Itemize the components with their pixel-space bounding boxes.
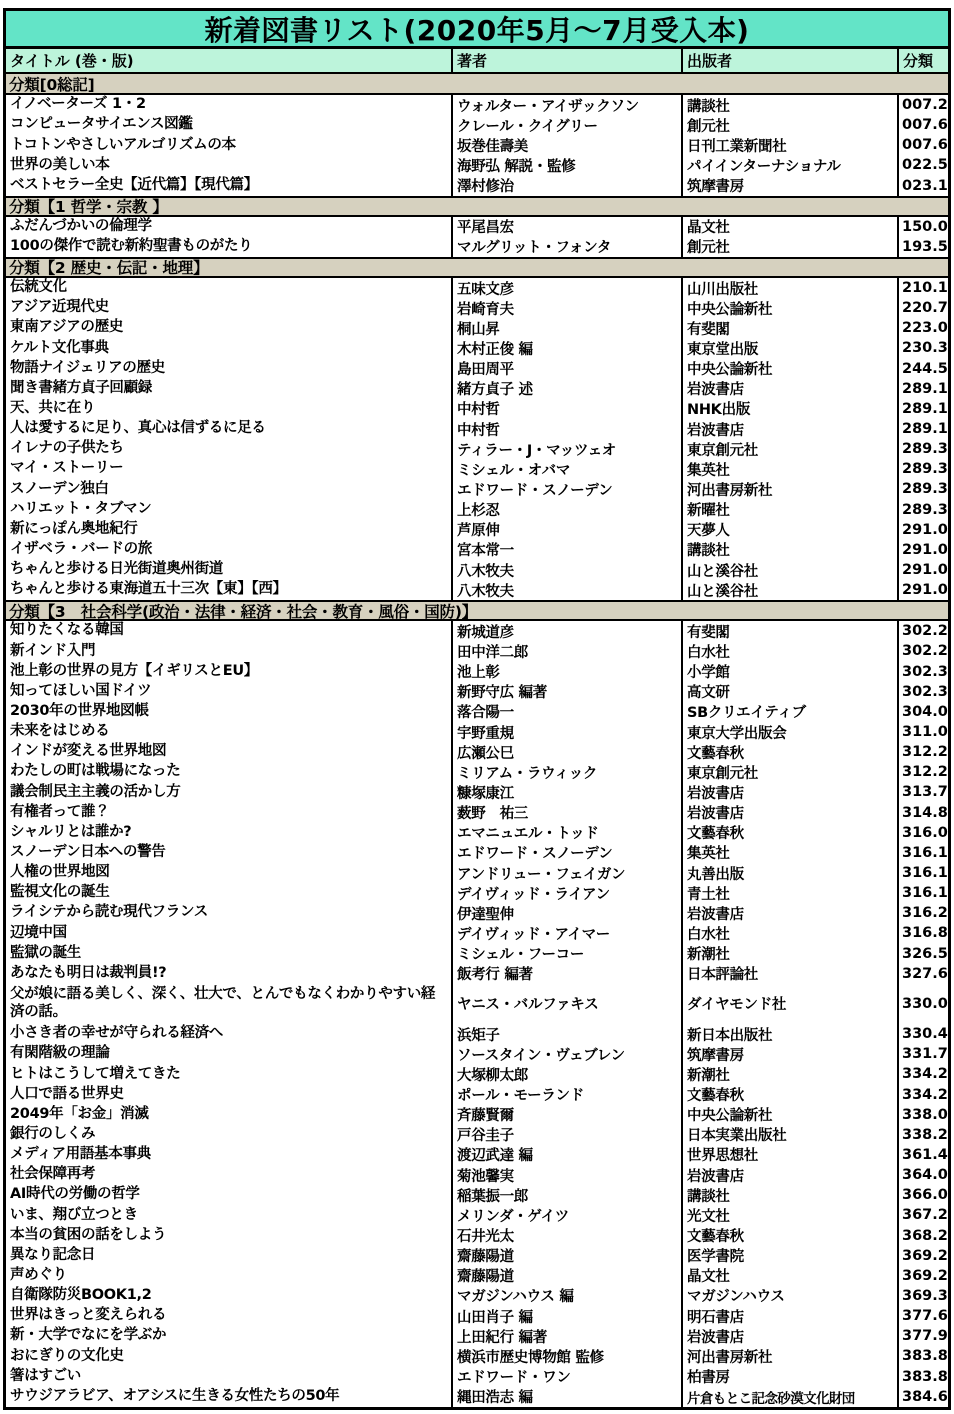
cell-title: イノベーターズ 1・2 (6, 95, 451, 115)
cell-title: 声めぐり (6, 1266, 451, 1286)
cell-author: 中村哲 (451, 419, 681, 439)
cell-title: 2049年「お金」消滅 (6, 1105, 451, 1125)
cell-author: 齋藤陽道 (451, 1266, 681, 1286)
cell-title: 物語ナイジェリアの歴史 (6, 359, 451, 379)
cell-publisher: 中央公論新社 (681, 359, 897, 379)
book-row: イザベラ・バードの旅宮本常一講談社291.0 (6, 540, 948, 560)
book-row: 監視文化の誕生デイヴィッド・ライアン青土社316.1 (6, 883, 948, 903)
cell-title: アジア近現代史 (6, 298, 451, 318)
book-row: 異なり記念日齋藤陽道医学書院369.2 (6, 1246, 948, 1266)
column-header-author: 著者 (451, 49, 681, 72)
cell-publisher: 岩波書店 (681, 903, 897, 923)
cell-publisher: 山と溪谷社 (681, 580, 897, 600)
cell-ndc: 302.2 (897, 621, 948, 641)
cell-publisher: 集英社 (681, 843, 897, 863)
cell-ndc: 007.6 (897, 135, 948, 155)
cell-ndc: 007.6 (897, 115, 948, 135)
cell-title: 新インド入門 (6, 641, 451, 661)
cell-ndc: 377.6 (897, 1306, 948, 1326)
cell-ndc: 007.2 (897, 95, 948, 115)
cell-ndc: 314.8 (897, 803, 948, 823)
book-row: 世界はきっと変えられる山田肖子 編明石書店377.6 (6, 1306, 948, 1326)
cell-ndc: 338.2 (897, 1125, 948, 1145)
cell-publisher: 青土社 (681, 883, 897, 903)
cell-title: 有権者って誰？ (6, 803, 451, 823)
cell-ndc: 334.2 (897, 1084, 948, 1104)
cell-publisher: 高文研 (681, 682, 897, 702)
book-row: 声めぐり齋藤陽道晶文社369.2 (6, 1266, 948, 1286)
cell-ndc: 291.0 (897, 560, 948, 580)
cell-publisher: 天夢人 (681, 520, 897, 540)
table-body: 分類[0総記]イノベーターズ 1・2ウォルター・アイザックソン講談社007.2コ… (6, 74, 948, 1407)
column-header-row: タイトル (巻・版) 著者 出版者 分類 (6, 49, 948, 74)
page-title: 新着図書リスト(2020年5月～7月受入本) (6, 11, 948, 49)
cell-title: ケルト文化事典 (6, 338, 451, 358)
cell-author: エマニュエル・トッド (451, 823, 681, 843)
cell-ndc: 022.5 (897, 155, 948, 175)
cell-author: ミシェル・フーコー (451, 943, 681, 963)
cell-ndc: 331.7 (897, 1044, 948, 1064)
cell-author: 縄田浩志 編 (451, 1387, 681, 1407)
cell-publisher: 中央公論新社 (681, 298, 897, 318)
cell-publisher: 筑摩書房 (681, 176, 897, 196)
cell-title: スノーデン日本への警告 (6, 843, 451, 863)
book-row: ちゃんと歩ける東海道五十三次【東】【西】八木牧夫山と溪谷社291.0 (6, 580, 948, 600)
book-row: メディア用語基本事典渡辺武達 編世界思想社361.4 (6, 1145, 948, 1165)
cell-ndc: 220.7 (897, 298, 948, 318)
cell-ndc: 316.2 (897, 903, 948, 923)
cell-author: 斉藤賢爾 (451, 1105, 681, 1125)
book-row: 聞き書緒方貞子回顧録緒方貞子 述岩波書店289.1 (6, 379, 948, 399)
cell-ndc: 316.8 (897, 923, 948, 943)
cell-publisher: 有斐閣 (681, 318, 897, 338)
book-row: 銀行のしくみ戸谷圭子日本実業出版社338.2 (6, 1125, 948, 1145)
cell-title: 天、共に在り (6, 399, 451, 419)
section-header: 分類【1 哲学・宗教 】 (6, 196, 948, 217)
book-row: 2030年の世界地図帳落合陽一SBクリエイティブ304.0 (6, 702, 948, 722)
cell-author: 新野守広 編著 (451, 682, 681, 702)
cell-title: 本当の貧困の話をしよう (6, 1225, 451, 1245)
cell-author: 山田肖子 編 (451, 1306, 681, 1326)
cell-author: 広瀬公巳 (451, 742, 681, 762)
cell-ndc: 327.6 (897, 964, 948, 984)
cell-publisher: 東京創元社 (681, 439, 897, 459)
cell-title: 異なり記念日 (6, 1246, 451, 1266)
cell-title: いま、翔び立つとき (6, 1205, 451, 1225)
cell-author: 新城道彦 (451, 621, 681, 641)
cell-author: デイヴィッド・アイマー (451, 923, 681, 943)
cell-ndc: 023.1 (897, 176, 948, 196)
book-row: サウジアラビア、オアシスに生きる女性たちの50年縄田浩志 編片倉もとこ記念砂漠文… (6, 1387, 948, 1407)
section-header: 分類【3 社会科学(政治・法律・経済・社会・教育・風俗・国防)】 (6, 600, 948, 621)
cell-title: 人口で語る世界史 (6, 1084, 451, 1104)
cell-ndc: 316.1 (897, 883, 948, 903)
book-row: 物語ナイジェリアの歴史島田周平中央公論新社244.5 (6, 359, 948, 379)
cell-publisher: マガジンハウス (681, 1286, 897, 1306)
cell-author: エドワード・スノーデン (451, 843, 681, 863)
book-row: 辺境中国デイヴィッド・アイマー白水社316.8 (6, 923, 948, 943)
book-row: ふだんづかいの倫理学平尾昌宏晶文社150.0 (6, 217, 948, 237)
cell-publisher: 講談社 (681, 540, 897, 560)
book-row: コンピュータサイエンス図鑑クレール・クイグリー創元社007.6 (6, 115, 948, 135)
cell-author: 宇野重規 (451, 722, 681, 742)
cell-title: ふだんづかいの倫理学 (6, 217, 451, 237)
cell-title: ヒトはこうして増えてきた (6, 1064, 451, 1084)
cell-ndc: 244.5 (897, 359, 948, 379)
cell-ndc: 311.0 (897, 722, 948, 742)
cell-author: 横浜市歴史博物館 監修 (451, 1346, 681, 1366)
section-header: 分類【2 歴史・伝記・地理】 (6, 257, 948, 278)
cell-title: 有閑階級の理論 (6, 1044, 451, 1064)
cell-author: 岩崎育夫 (451, 298, 681, 318)
cell-publisher: 山と溪谷社 (681, 560, 897, 580)
cell-publisher: 光文社 (681, 1205, 897, 1225)
cell-publisher: 日刊工業新聞社 (681, 135, 897, 155)
cell-title: AI時代の労働の哲学 (6, 1185, 451, 1205)
book-row: あなたも明日は裁判員!?飯考行 編著日本評論社327.6 (6, 964, 948, 984)
cell-title: 銀行のしくみ (6, 1125, 451, 1145)
cell-author: 石井光太 (451, 1225, 681, 1245)
book-row: 箸はすごいエドワード・ワン柏書房383.8 (6, 1366, 948, 1386)
cell-ndc: 302.3 (897, 662, 948, 682)
cell-ndc: 304.0 (897, 702, 948, 722)
cell-author: ミシェル・オバマ (451, 459, 681, 479)
cell-ndc: 302.2 (897, 641, 948, 661)
book-row: 伝統文化五味文彦山川出版社210.1 (6, 278, 948, 298)
cell-author: デイヴィッド・ライアン (451, 883, 681, 903)
cell-title: ベストセラー全史【近代篇】【現代篇】 (6, 176, 451, 196)
cell-ndc: 313.7 (897, 782, 948, 802)
cell-title: コンピュータサイエンス図鑑 (6, 115, 451, 135)
cell-publisher: 河出書房新社 (681, 479, 897, 499)
cell-publisher: 文藝春秋 (681, 1084, 897, 1104)
cell-author: 宮本常一 (451, 540, 681, 560)
book-row: 人権の世界地図アンドリュー・フェイガン丸善出版316.1 (6, 863, 948, 883)
cell-ndc: 230.3 (897, 338, 948, 358)
cell-ndc: 210.1 (897, 278, 948, 298)
cell-title: スノーデン独白 (6, 479, 451, 499)
book-row: 議会制民主主義の活かし方糠塚康江岩波書店313.7 (6, 782, 948, 802)
book-row: 天、共に在り中村哲NHK出版289.1 (6, 399, 948, 419)
cell-author: 菊池馨実 (451, 1165, 681, 1185)
cell-ndc: 289.3 (897, 500, 948, 520)
cell-author: 平尾昌宏 (451, 217, 681, 237)
cell-ndc: 193.5 (897, 237, 948, 257)
book-row: 100の傑作で読む新約聖書ものがたりマルグリット・フォンタ創元社193.5 (6, 237, 948, 257)
cell-title: 伝統文化 (6, 278, 451, 298)
cell-publisher: 岩波書店 (681, 1165, 897, 1185)
cell-title: 人権の世界地図 (6, 863, 451, 883)
cell-author: 中村哲 (451, 399, 681, 419)
cell-author: エドワード・スノーデン (451, 479, 681, 499)
cell-author: ポール・モーランド (451, 1084, 681, 1104)
cell-title: 監獄の誕生 (6, 943, 451, 963)
cell-author: 八木牧夫 (451, 580, 681, 600)
book-row: 2049年「お金」消滅斉藤賢爾中央公論新社338.0 (6, 1105, 948, 1125)
cell-author: 薮野 祐三 (451, 803, 681, 823)
book-row: 有閑階級の理論ソースタイン・ヴェブレン筑摩書房331.7 (6, 1044, 948, 1064)
cell-title: 箸はすごい (6, 1366, 451, 1386)
cell-author: ウォルター・アイザックソン (451, 95, 681, 115)
cell-author: 糠塚康江 (451, 782, 681, 802)
cell-author: エドワード・ワン (451, 1366, 681, 1386)
cell-author: 飯考行 編著 (451, 964, 681, 984)
cell-author: 大塚柳太郎 (451, 1064, 681, 1084)
cell-title: ちゃんと歩ける東海道五十三次【東】【西】 (6, 580, 451, 600)
cell-publisher: 岩波書店 (681, 782, 897, 802)
book-row: 知ってほしい国ドイツ新野守広 編著高文研302.3 (6, 682, 948, 702)
book-row: 本当の貧困の話をしよう石井光太文藝春秋368.2 (6, 1225, 948, 1245)
cell-ndc: 289.3 (897, 479, 948, 499)
cell-publisher: 白水社 (681, 923, 897, 943)
cell-title: 辺境中国 (6, 923, 451, 943)
book-row: 新・大学でなにを学ぶか上田紀行 編著岩波書店377.9 (6, 1326, 948, 1346)
cell-author: 池上彰 (451, 662, 681, 682)
cell-ndc: 368.2 (897, 1225, 948, 1245)
cell-title: 知りたくなる韓国 (6, 621, 451, 641)
book-row: 有権者って誰？薮野 祐三岩波書店314.8 (6, 803, 948, 823)
cell-publisher: 丸善出版 (681, 863, 897, 883)
cell-publisher: 創元社 (681, 115, 897, 135)
cell-title: 自衛隊防災BOOK1,2 (6, 1286, 451, 1306)
cell-publisher: ダイヤモンド社 (681, 984, 897, 1024)
cell-title: おにぎりの文化史 (6, 1346, 451, 1366)
cell-publisher: パイインターナショナル (681, 155, 897, 175)
cell-author: ヤニス・バルファキス (451, 984, 681, 1024)
column-header-ndc: 分類 (897, 49, 948, 72)
cell-title: 新にっぽん奥地紀行 (6, 520, 451, 540)
cell-ndc: 302.3 (897, 682, 948, 702)
cell-ndc: 289.1 (897, 419, 948, 439)
cell-publisher: 晶文社 (681, 1266, 897, 1286)
book-row: ベストセラー全史【近代篇】【現代篇】澤村修治筑摩書房023.1 (6, 176, 948, 196)
book-row: おにぎりの文化史横浜市歴史博物館 監修河出書房新社383.8 (6, 1346, 948, 1366)
cell-author: 上杉忍 (451, 500, 681, 520)
book-row: 社会保障再考菊池馨実岩波書店364.0 (6, 1165, 948, 1185)
cell-author: アンドリュー・フェイガン (451, 863, 681, 883)
cell-author: ティラー・J・マッツェオ (451, 439, 681, 459)
book-row: 人口で語る世界史ポール・モーランド文藝春秋334.2 (6, 1084, 948, 1104)
book-row: 新インド入門田中洋二郎白水社302.2 (6, 641, 948, 661)
cell-author: 齋藤陽道 (451, 1246, 681, 1266)
cell-publisher: 小学館 (681, 662, 897, 682)
cell-publisher: 明石書店 (681, 1306, 897, 1326)
cell-title: 議会制民主主義の活かし方 (6, 782, 451, 802)
cell-publisher: 有斐閣 (681, 621, 897, 641)
book-row: 自衛隊防災BOOK1,2マガジンハウス 編マガジンハウス369.3 (6, 1286, 948, 1306)
cell-publisher: 新日本出版社 (681, 1024, 897, 1044)
cell-author: 稲葉振一郎 (451, 1185, 681, 1205)
book-row: インドが変える世界地図広瀬公巳文藝春秋312.2 (6, 742, 948, 762)
cell-ndc: 384.6 (897, 1387, 948, 1407)
cell-ndc: 369.3 (897, 1286, 948, 1306)
cell-author: クレール・クイグリー (451, 115, 681, 135)
cell-ndc: 361.4 (897, 1145, 948, 1165)
book-row: 監獄の誕生ミシェル・フーコー新潮社326.5 (6, 943, 948, 963)
cell-author: 芦原伸 (451, 520, 681, 540)
cell-publisher: 岩波書店 (681, 1326, 897, 1346)
column-header-publisher: 出版者 (681, 49, 897, 72)
cell-title: わたしの町は戦場になった (6, 762, 451, 782)
cell-ndc: 383.8 (897, 1346, 948, 1366)
cell-author: 渡辺武達 編 (451, 1145, 681, 1165)
cell-author: 八木牧夫 (451, 560, 681, 580)
book-row: イノベーターズ 1・2ウォルター・アイザックソン講談社007.2 (6, 95, 948, 115)
book-row: ヒトはこうして増えてきた大塚柳太郎新潮社334.2 (6, 1064, 948, 1084)
cell-publisher: 講談社 (681, 95, 897, 115)
cell-ndc: 150.0 (897, 217, 948, 237)
cell-publisher: 文藝春秋 (681, 1225, 897, 1245)
cell-title: 世界の美しい本 (6, 155, 451, 175)
book-row: 父が娘に語る美しく、深く、壮大で、とんでもなくわかりやすい経済の話。ヤニス・バル… (6, 984, 948, 1024)
cell-publisher: 日本実業出版社 (681, 1125, 897, 1145)
cell-ndc: 326.5 (897, 943, 948, 963)
cell-ndc: 383.8 (897, 1366, 948, 1386)
cell-title: 未来をはじめる (6, 722, 451, 742)
cell-ndc: 334.2 (897, 1064, 948, 1084)
cell-title: マイ・ストーリー (6, 459, 451, 479)
book-row: 世界の美しい本海野弘 解説・監修パイインターナショナル022.5 (6, 155, 948, 175)
cell-publisher: 岩波書店 (681, 803, 897, 823)
book-row: 東南アジアの歴史桐山昇有斐閣223.0 (6, 318, 948, 338)
cell-title: サウジアラビア、オアシスに生きる女性たちの50年 (6, 1387, 451, 1407)
cell-ndc: 312.2 (897, 762, 948, 782)
cell-title: ちゃんと歩ける日光街道奥州街道 (6, 560, 451, 580)
book-row: スノーデン独白エドワード・スノーデン河出書房新社289.3 (6, 479, 948, 499)
book-row: いま、翔び立つときメリンダ・ゲイツ光文社367.2 (6, 1205, 948, 1225)
cell-publisher: 山川出版社 (681, 278, 897, 298)
cell-author: メリンダ・ゲイツ (451, 1205, 681, 1225)
cell-title: 2030年の世界地図帳 (6, 702, 451, 722)
book-row: ハリエット・タブマン上杉忍新曜社289.3 (6, 500, 948, 520)
cell-publisher: 世界思想社 (681, 1145, 897, 1165)
cell-author: 木村正俊 編 (451, 338, 681, 358)
cell-ndc: 377.9 (897, 1326, 948, 1346)
cell-author: 海野弘 解説・監修 (451, 155, 681, 175)
cell-ndc: 289.1 (897, 379, 948, 399)
cell-author: 浜矩子 (451, 1024, 681, 1044)
cell-publisher: 白水社 (681, 641, 897, 661)
book-row: スノーデン日本への警告エドワード・スノーデン集英社316.1 (6, 843, 948, 863)
book-row: 池上彰の世界の見方【イギリスとEU】池上彰小学館302.3 (6, 662, 948, 682)
book-row: ライシテから読む現代フランス伊達聖伸岩波書店316.2 (6, 903, 948, 923)
cell-title: 新・大学でなにを学ぶか (6, 1326, 451, 1346)
cell-ndc: 289.3 (897, 439, 948, 459)
cell-ndc: 330.0 (897, 984, 948, 1024)
cell-ndc: 364.0 (897, 1165, 948, 1185)
cell-title: 東南アジアの歴史 (6, 318, 451, 338)
cell-author: 桐山昇 (451, 318, 681, 338)
cell-title: 世界はきっと変えられる (6, 1306, 451, 1326)
cell-title: 人は愛するに足り、真心は信ずるに足る (6, 419, 451, 439)
book-row: マイ・ストーリーミシェル・オバマ集英社289.3 (6, 459, 948, 479)
cell-publisher: 河出書房新社 (681, 1346, 897, 1366)
cell-title: ハリエット・タブマン (6, 500, 451, 520)
cell-publisher: 晶文社 (681, 217, 897, 237)
cell-publisher: NHK出版 (681, 399, 897, 419)
cell-publisher: 筑摩書房 (681, 1044, 897, 1064)
cell-publisher: 新潮社 (681, 1064, 897, 1084)
cell-title: 池上彰の世界の見方【イギリスとEU】 (6, 662, 451, 682)
cell-author: 島田周平 (451, 359, 681, 379)
cell-publisher: 新潮社 (681, 943, 897, 963)
cell-author: 田中洋二郎 (451, 641, 681, 661)
cell-publisher: 講談社 (681, 1185, 897, 1205)
cell-author: 坂巻佳壽美 (451, 135, 681, 155)
cell-ndc: 316.1 (897, 843, 948, 863)
cell-title: トコトンやさしいアルゴリズムの本 (6, 135, 451, 155)
book-row: イレナの子供たちティラー・J・マッツェオ東京創元社289.3 (6, 439, 948, 459)
cell-title: 聞き書緒方貞子回顧録 (6, 379, 451, 399)
cell-title: インドが変える世界地図 (6, 742, 451, 762)
cell-ndc: 289.1 (897, 399, 948, 419)
cell-title: 知ってほしい国ドイツ (6, 682, 451, 702)
cell-ndc: 223.0 (897, 318, 948, 338)
cell-publisher: 東京堂出版 (681, 338, 897, 358)
cell-publisher: 東京創元社 (681, 762, 897, 782)
book-row: 人は愛するに足り、真心は信ずるに足る中村哲岩波書店289.1 (6, 419, 948, 439)
cell-title: 小さき者の幸せが守られる経済へ (6, 1024, 451, 1044)
cell-ndc: 291.0 (897, 540, 948, 560)
book-row: 知りたくなる韓国新城道彦有斐閣302.2 (6, 621, 948, 641)
cell-author: 澤村修治 (451, 176, 681, 196)
cell-publisher: 文藝春秋 (681, 823, 897, 843)
cell-ndc: 316.0 (897, 823, 948, 843)
cell-title: イレナの子供たち (6, 439, 451, 459)
cell-ndc: 369.2 (897, 1266, 948, 1286)
cell-publisher: 日本評論社 (681, 964, 897, 984)
book-row: アジア近現代史岩崎育夫中央公論新社220.7 (6, 298, 948, 318)
book-list-table: 新着図書リスト(2020年5月～7月受入本) タイトル (巻・版) 著者 出版者… (3, 8, 951, 1410)
cell-publisher: 集英社 (681, 459, 897, 479)
cell-ndc: 330.4 (897, 1024, 948, 1044)
book-row: ケルト文化事典木村正俊 編東京堂出版230.3 (6, 338, 948, 358)
cell-author: 緒方貞子 述 (451, 379, 681, 399)
cell-title: 監視文化の誕生 (6, 883, 451, 903)
cell-title: あなたも明日は裁判員!? (6, 964, 451, 984)
book-row: シャルリとは誰か?エマニュエル・トッド文藝春秋316.0 (6, 823, 948, 843)
book-row: 新にっぽん奥地紀行芦原伸天夢人291.0 (6, 520, 948, 540)
cell-publisher: 新曜社 (681, 500, 897, 520)
cell-ndc: 291.0 (897, 580, 948, 600)
book-row: 小さき者の幸せが守られる経済へ浜矩子新日本出版社330.4 (6, 1024, 948, 1044)
book-row: トコトンやさしいアルゴリズムの本坂巻佳壽美日刊工業新聞社007.6 (6, 135, 948, 155)
cell-publisher: 医学書院 (681, 1246, 897, 1266)
cell-ndc: 312.2 (897, 742, 948, 762)
cell-ndc: 338.0 (897, 1105, 948, 1125)
cell-publisher: SBクリエイティブ (681, 702, 897, 722)
section-header: 分類[0総記] (6, 74, 948, 95)
cell-publisher: 創元社 (681, 237, 897, 257)
cell-title: 100の傑作で読む新約聖書ものがたり (6, 237, 451, 257)
cell-ndc: 289.3 (897, 459, 948, 479)
cell-title: 父が娘に語る美しく、深く、壮大で、とんでもなくわかりやすい経済の話。 (6, 984, 451, 1024)
cell-ndc: 316.1 (897, 863, 948, 883)
cell-author: ソースタイン・ヴェブレン (451, 1044, 681, 1064)
cell-ndc: 291.0 (897, 520, 948, 540)
cell-publisher: 東京大学出版会 (681, 722, 897, 742)
cell-publisher: 片倉もとこ記念砂漠文化財団 (681, 1387, 897, 1407)
column-header-title: タイトル (巻・版) (6, 49, 451, 72)
cell-title: イザベラ・バードの旅 (6, 540, 451, 560)
cell-author: 上田紀行 編著 (451, 1326, 681, 1346)
book-row: 未来をはじめる宇野重規東京大学出版会311.0 (6, 722, 948, 742)
cell-title: メディア用語基本事典 (6, 1145, 451, 1165)
cell-publisher: 中央公論新社 (681, 1105, 897, 1125)
cell-publisher: 柏書房 (681, 1366, 897, 1386)
cell-author: 落合陽一 (451, 702, 681, 722)
cell-author: 五味文彦 (451, 278, 681, 298)
